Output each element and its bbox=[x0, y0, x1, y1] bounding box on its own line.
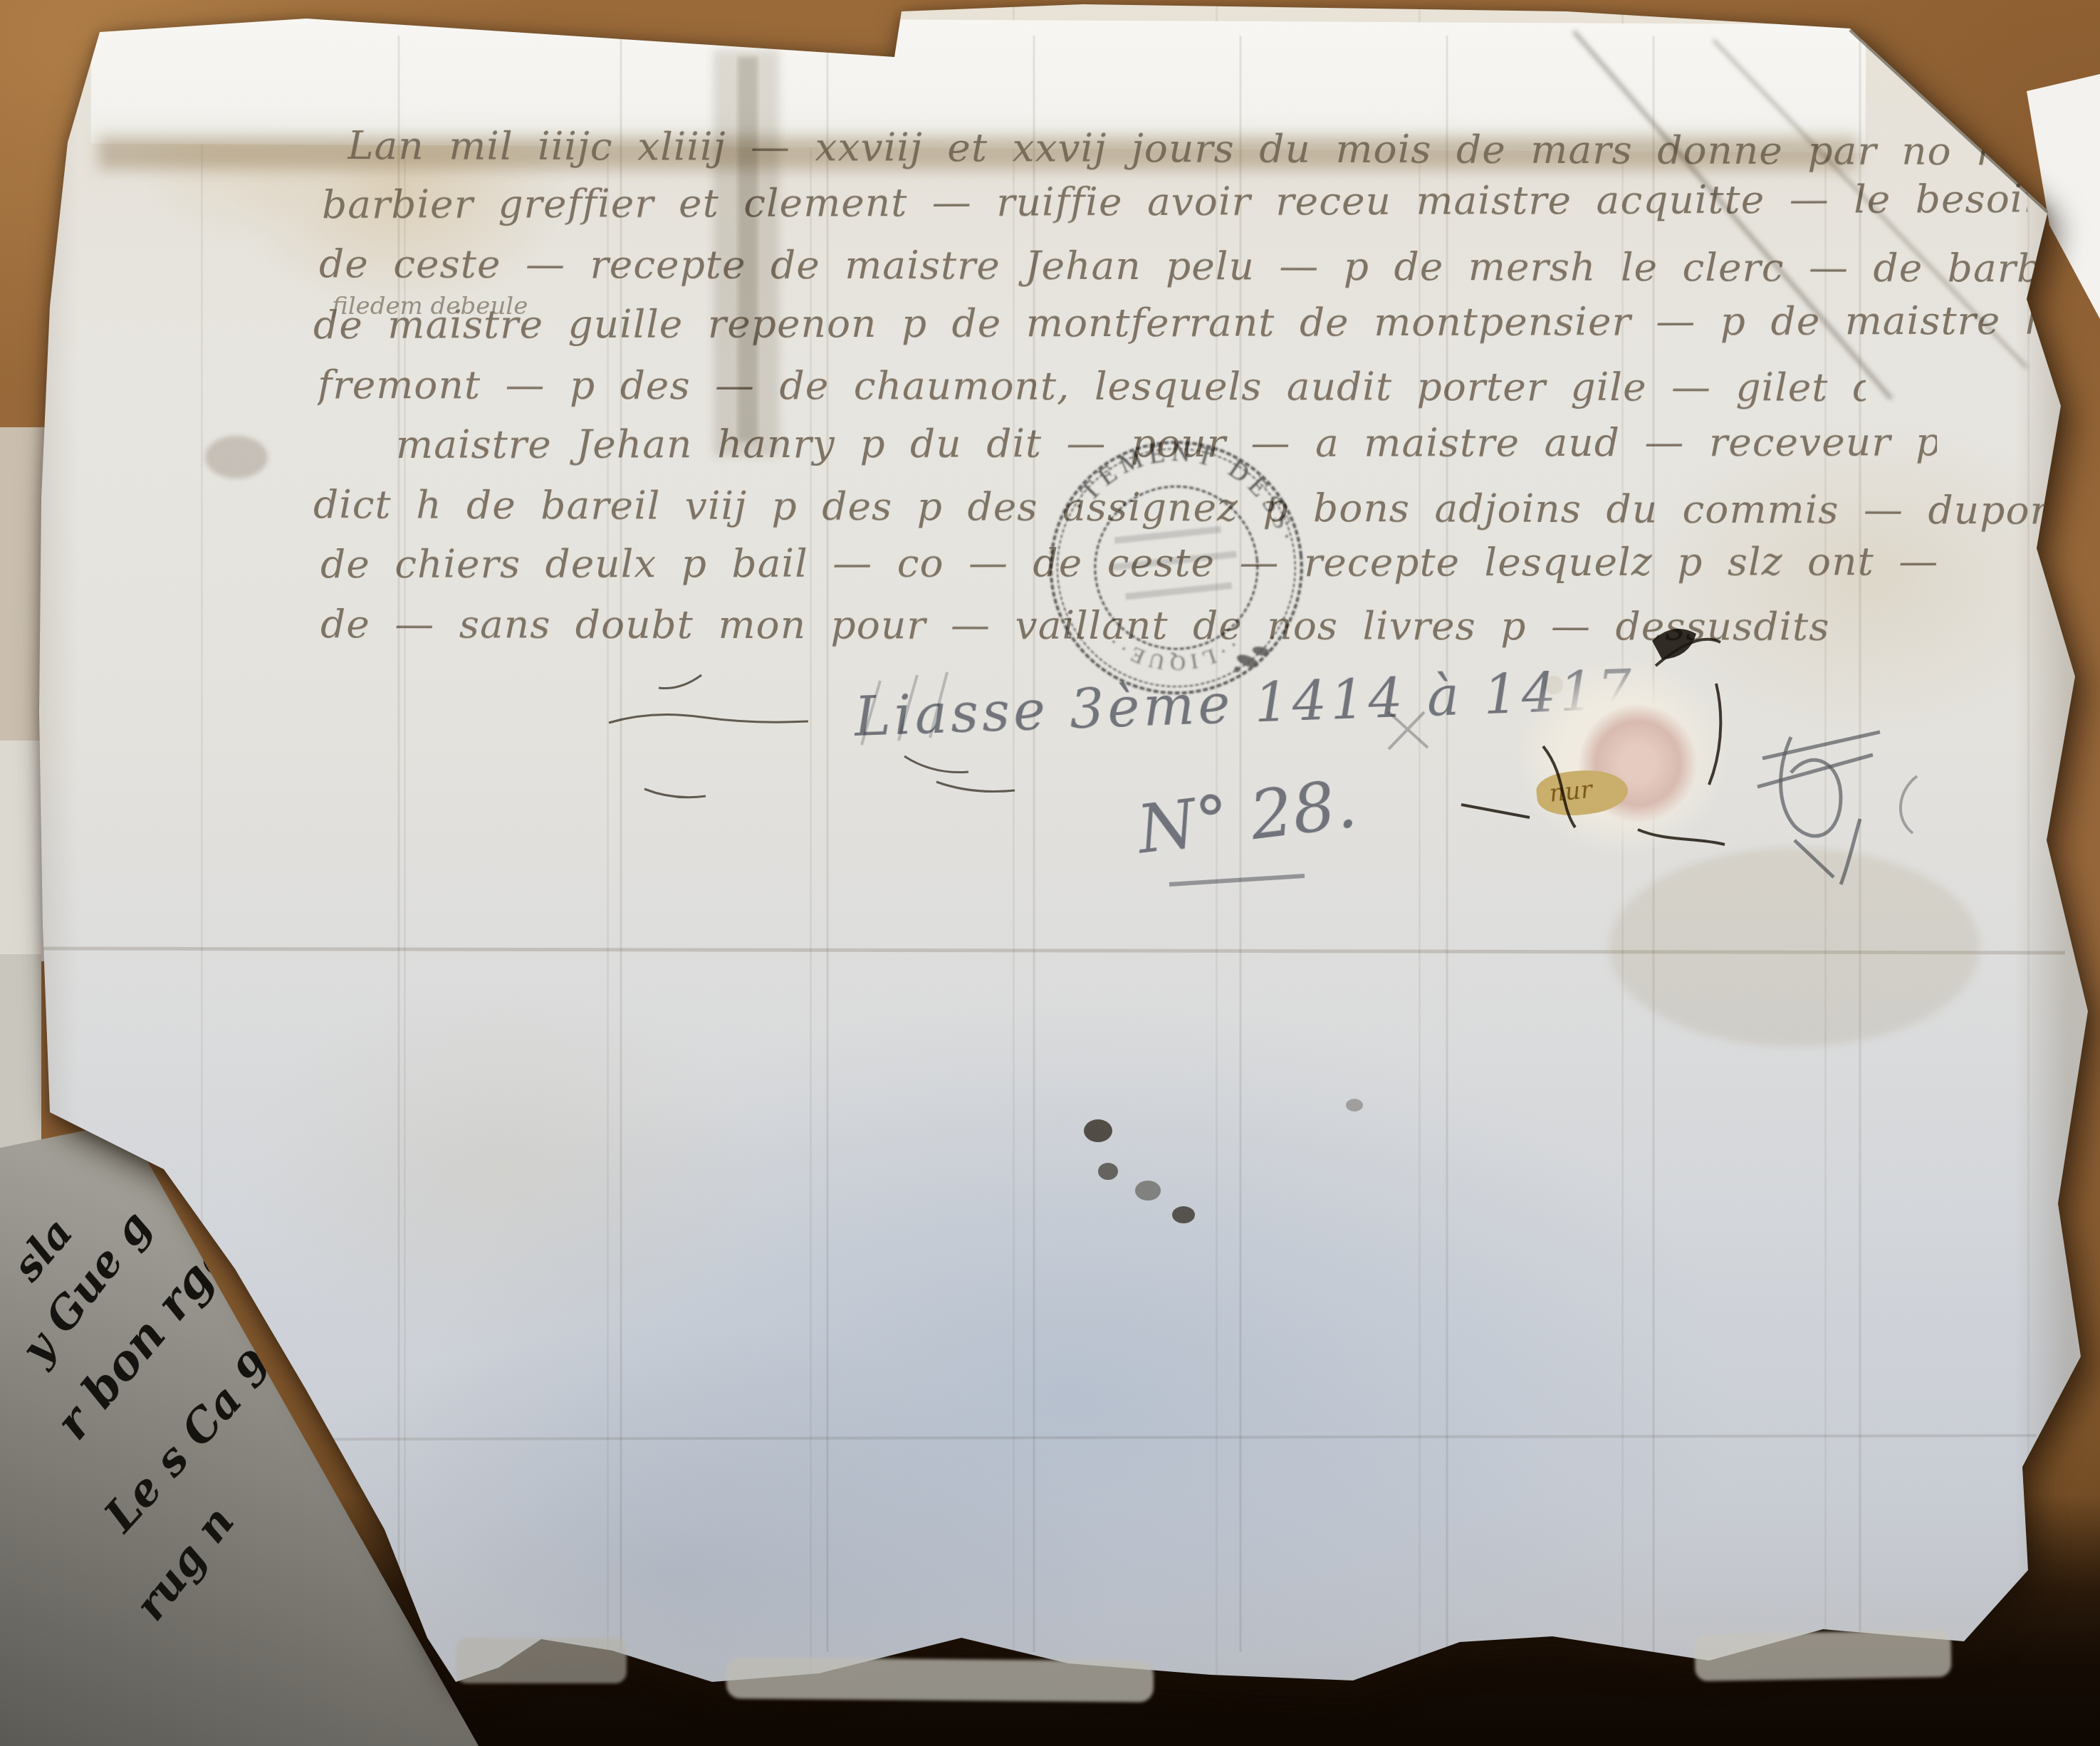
manuscript-sheet: Lan mil iiijc xliiij — xxviij et xxvij j… bbox=[0, 0, 2100, 1746]
tear-white-chip bbox=[1545, 676, 1563, 694]
bottom-torn-strip bbox=[456, 1638, 627, 1683]
bottom-torn-strip bbox=[726, 1657, 1154, 1702]
tear-dark-flap bbox=[1652, 629, 1696, 659]
main-sheet-wrap: Lan mil iiijc xliiij — xxviij et xxvij j… bbox=[0, 0, 2100, 1746]
photo-of-manuscript: sla y Gue g r bon rgot Le s Ca 9 rug n L… bbox=[0, 0, 2100, 1746]
tear-cracks bbox=[0, 0, 2100, 1746]
bottom-torn-strip bbox=[1694, 1630, 1951, 1681]
